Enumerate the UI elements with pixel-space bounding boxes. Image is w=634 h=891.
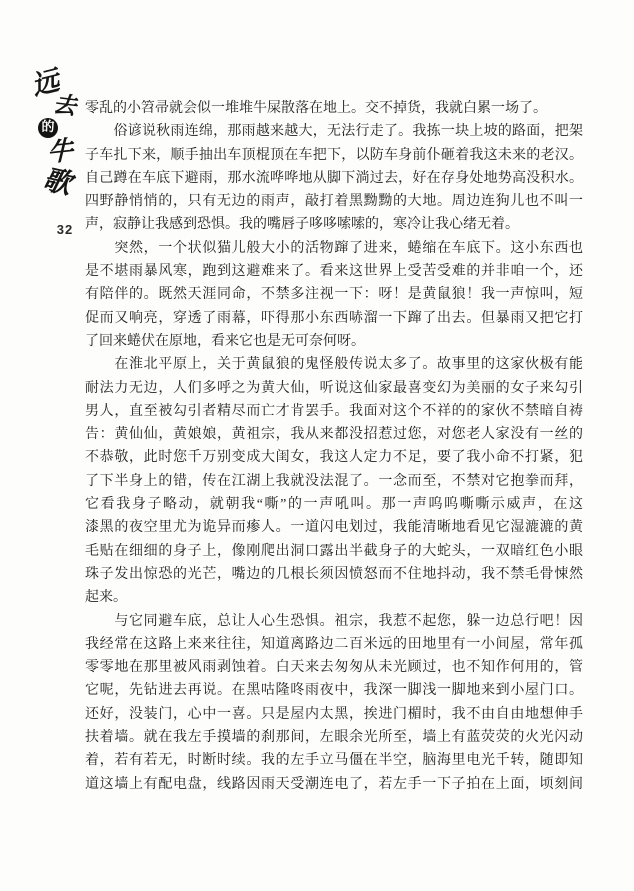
text-line: 它呢，先钻进去再说。在黑咕隆咚雨夜中，我深一脚浅一脚地来到小屋门口。: [85, 679, 583, 702]
text-line: 我经常在这路上来来往往，知道离路边二百米远的田地里有一小间屋，常年孤: [85, 633, 583, 656]
title-char: 歌: [40, 165, 73, 199]
text-line: 与它同避车底，总让人心生恐惧。祖宗，我惹不起您，躲一边总行吧！因: [85, 610, 583, 633]
text-line: 了回来蜷伏在原地，看来它也是无可奈何呀。: [85, 330, 583, 353]
page-number: 32: [48, 222, 82, 237]
text-line: 在淮北平原上，关于黄鼠狼的鬼怪般传说太多了。故事里的这家伙极有能: [85, 353, 583, 376]
text-line: 耐法力无边，人们多呼之为黄大仙，听说这仙家最喜变幻为美丽的女子来勾引: [85, 377, 583, 400]
text-line: 还好，没装门，心中一喜。只是屋内太黑，挨进门楣时，我不由自由地想伸手: [85, 703, 583, 726]
text-line: 漆黑的夜空里尤为诡异而瘆人。一道闪电划过，我能清晰地看见它湿漉漉的黄: [85, 516, 583, 539]
title-char: 的: [38, 118, 58, 138]
book-page: 远去的牛歌 32 零乱的小笤帚就会似一堆堆牛屎散落在地上。交不掉货，我就白累一场…: [0, 0, 634, 891]
text-line: 它看我身子略动，就朝我“嘶”的一声吼叫。那一声呜呜嘶嘶示威声，在这: [85, 493, 583, 516]
text-line: 告：黄仙仙，黄娘娘，黄祖宗，我从来都没招惹过您，对您老人家没有一丝的: [85, 423, 583, 446]
text-line: 有陪伴的。既然天涯同命，不禁多注视一下：呀！是黄鼠狼！我一声惊叫，短: [85, 283, 583, 306]
title-char: 去: [52, 92, 78, 118]
text-line: 扶着墙。就在我左手摸墙的刹那间，左眼余光所至，墙上有蓝荧荧的火光闪动: [85, 726, 583, 749]
text-line: 零乱的小笤帚就会似一堆堆牛屎散落在地上。交不掉货，我就白累一场了。: [85, 97, 583, 120]
text-line: 毛贴在细细的身子上，像刚爬出洞口露出半截身子的大蛇头，一双暗红色小眼: [85, 540, 583, 563]
left-margin: 远去的牛歌 32: [30, 70, 82, 196]
book-title-vertical: 远去的牛歌: [30, 70, 82, 196]
text-line: 道这墙上有配电盘，线路因雨天受潮连电了，若左手一下子拍在上面，顷刻间: [85, 773, 583, 796]
body-text: 零乱的小笤帚就会似一堆堆牛屎散落在地上。交不掉货，我就白累一场了。 俗谚说秋雨连…: [85, 97, 583, 796]
text-line: 促而又响亮，穿透了雨幕，吓得那小东西哧溜一下蹿了出去。但暴雨又把它打: [85, 307, 583, 330]
text-line: 声，寂静让我感到恐惧。我的嘴唇子哆哆嗦嗦的，寒冷让我心绪无着。: [85, 213, 583, 236]
text-line: 男人，直至被勾引者精尽而亡才肯罢手。我面对这个不祥的的家伙不禁暗自祷: [85, 400, 583, 423]
text-line: 零零地在那里被风雨剥蚀着。白天来去匆匆从未光顾过，也不知作何用的，管: [85, 656, 583, 679]
text-line: 不恭敬，此时您千万别变成大闺女，我这人定力不足，要了我小命不打紧，犯: [85, 446, 583, 469]
text-line: 起来。: [85, 586, 583, 609]
text-line: 自己蹲在车底下避雨，那水流哗哗地从脚下淌过去，好在存身处地势高没积水。: [85, 167, 583, 190]
text-line: 珠子发出惊恐的光芒，嘴边的几根长须因愤怒而不住地抖动，我不禁毛骨悚然: [85, 563, 583, 586]
text-line: 子车扎下来，顺手抽出车顶棍顶在车把下，以防车身前仆砸着我这未来的老汉。: [85, 144, 583, 167]
text-line: 是不堪雨暴风寒，跑到这避难来了。看来这世界上受苦受难的并非咱一个，还: [85, 260, 583, 283]
text-line: 俗谚说秋雨连绵，那雨越来越大，无法行走了。我拣一块上坡的路面，把架: [85, 120, 583, 143]
text-line: 四野静悄悄的，只有无边的雨声，敲打着黑黝黝的大地。周边连狗儿也不叫一: [85, 190, 583, 213]
text-line: 突然，一个状似猫儿般大小的活物蹿了进来，蜷缩在车底下。这小东西也: [85, 237, 583, 260]
text-line: 着，若有若无，时断时续。我的左手立马僵在半空，脑海里电光千转，随即知: [85, 749, 583, 772]
text-line: 了下半身上的错，传在江湖上我就没法混了。一念而至，不禁对它抱拳而拜，: [85, 470, 583, 493]
